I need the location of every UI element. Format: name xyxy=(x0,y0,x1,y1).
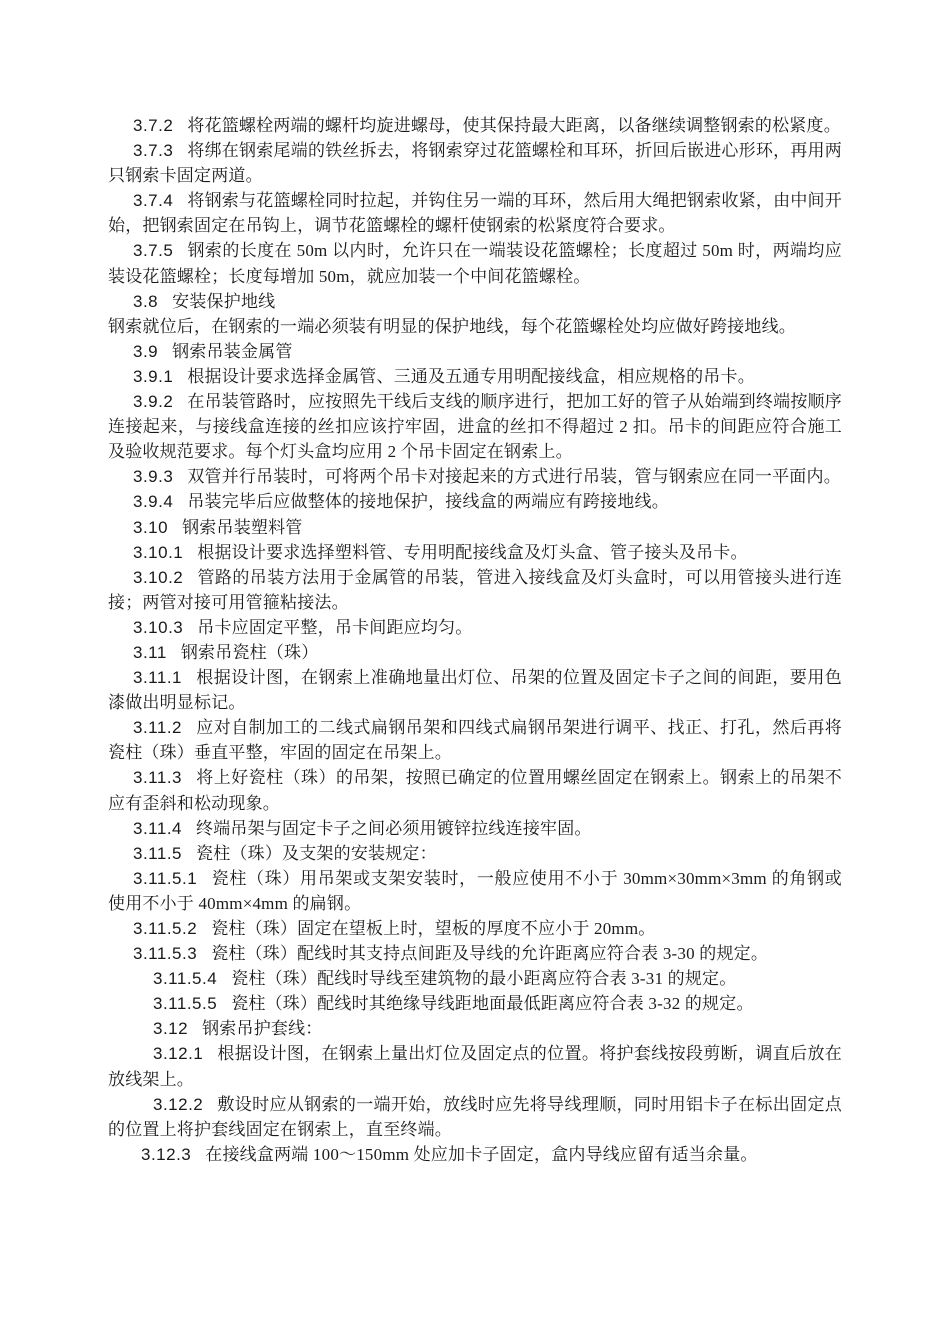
clause-number: 3.10.3 xyxy=(133,618,183,637)
clause-number: 3.12.3 xyxy=(141,1145,191,1164)
clause-text: 钢索吊装塑料管 xyxy=(182,518,302,537)
para-3-12-1: 3.12.1根据设计图，在钢索上量出灯位及固定点的位置。将护套线按段剪断，调直后… xyxy=(108,1041,842,1091)
clause-text: 将绑在钢索尾端的铁丝拆去，将钢索穿过花篮螺栓和耳环，折回后嵌进心形环，再用两只钢… xyxy=(108,141,842,185)
clause-number: 3.7.2 xyxy=(133,116,173,135)
para-3-11-5-2: 3.11.5.2瓷柱（珠）固定在望板上时，望板的厚度不应小于 20mm。 xyxy=(108,916,842,941)
clause-text: 钢索吊装金属管 xyxy=(172,342,292,361)
clause-number: 3.8 xyxy=(133,292,158,311)
para-3-11-5-5: 3.11.5.5瓷柱（珠）配线时其绝缘导线距地面最低距离应符合表 3-32 的规… xyxy=(108,991,842,1016)
clause-number: 3.9 xyxy=(133,342,158,361)
para-3-7-4: 3.7.4将钢索与花篮螺栓同时拉起，并钩住另一端的耳环，然后用大绳把钢索收紧，由… xyxy=(108,188,842,238)
clause-number: 3.9.4 xyxy=(133,492,173,511)
clause-text: 在吊装管路时，应按照先干线后支线的顺序进行，把加工好的管子从始端到终端按顺序连接… xyxy=(108,392,842,461)
clause-text: 根据设计要求选择塑料管、专用明配接线盒及灯头盒、管子接头及吊卡。 xyxy=(197,543,747,562)
clause-text: 根据设计图，在钢索上量出灯位及固定点的位置。将护套线按段剪断，调直后放在放线架上… xyxy=(108,1044,842,1088)
clause-text: 根据设计图，在钢索上准确地量出灯位、吊架的位置及固定卡子之间的间距，要用色漆做出… xyxy=(108,668,842,712)
clause-number: 3.10.1 xyxy=(133,543,183,562)
clause-text: 钢索吊瓷柱（珠） xyxy=(181,643,319,662)
document-page: 3.7.2将花篮螺栓两端的螺杆均旋进螺母，使其保持最大距离，以备继续调整钢索的松… xyxy=(0,0,950,1344)
clause-number: 3.11 xyxy=(133,643,167,662)
para-3-7-5: 3.7.5钢索的长度在 50m 以内时，允许只在一端装设花篮螺栓；长度超过 50… xyxy=(108,238,842,288)
clause-text: 安装保护地线 xyxy=(172,292,275,311)
clause-text: 钢索吊护套线： xyxy=(202,1019,322,1038)
clause-text: 应对自制加工的二线式扁钢吊架和四线式扁钢吊架进行调平、找正、打孔，然后再将瓷柱（… xyxy=(108,718,842,762)
clause-text: 敷设时应从钢索的一端开始，放线时应先将导线理顺，同时用铝卡子在标出固定点的位置上… xyxy=(108,1095,842,1139)
clause-number: 3.11.3 xyxy=(133,768,182,787)
clause-number: 3.12.2 xyxy=(153,1095,203,1114)
clause-number: 3.10.2 xyxy=(133,568,183,587)
clause-text: 瓷柱（珠）配线时其绝缘导线距地面最低距离应符合表 3-32 的规定。 xyxy=(231,994,753,1013)
clause-number: 3.11.5 xyxy=(133,844,182,863)
para-3-9-1: 3.9.1根据设计要求选择金属管、三通及五通专用明配接线盒，相应规格的吊卡。 xyxy=(108,364,842,389)
para-3-11-3: 3.11.3将上好瓷柱（珠）的吊架，按照已确定的位置用螺丝固定在钢索上。钢索上的… xyxy=(108,765,842,815)
clause-number: 3.11.2 xyxy=(133,718,182,737)
clause-number: 3.7.5 xyxy=(133,241,173,260)
para-3-9-2: 3.9.2在吊装管路时，应按照先干线后支线的顺序进行，把加工好的管子从始端到终端… xyxy=(108,389,842,464)
para-3-10-2: 3.10.2管路的吊装方法用于金属管的吊装，管进入接线盒及灯头盒时，可以用管接头… xyxy=(108,565,842,615)
clause-text: 瓷柱（珠）固定在望板上时，望板的厚度不应小于 20mm。 xyxy=(211,919,655,938)
clause-number: 3.10 xyxy=(133,518,168,537)
clause-text: 根据设计要求选择金属管、三通及五通专用明配接线盒，相应规格的吊卡。 xyxy=(187,367,755,386)
para-3-11: 3.11钢索吊瓷柱（珠） xyxy=(108,640,842,665)
clause-number: 3.7.3 xyxy=(133,141,173,160)
para-3-11-4: 3.11.4终端吊架与固定卡子之间必须用镀锌拉线连接牢固。 xyxy=(108,816,842,841)
clause-text: 终端吊架与固定卡子之间必须用镀锌拉线连接牢固。 xyxy=(196,819,592,838)
clause-text: 将花篮螺栓两端的螺杆均旋进螺母，使其保持最大距离，以备继续调整钢索的松紧度。 xyxy=(187,116,841,135)
para-3-10-3: 3.10.3吊卡应固定平整，吊卡间距应均匀。 xyxy=(108,615,842,640)
para-3-9-3: 3.9.3双管并行吊装时，可将两个吊卡对接起来的方式进行吊装，管与钢索应在同一平… xyxy=(108,464,842,489)
clause-text: 将上好瓷柱（珠）的吊架，按照已确定的位置用螺丝固定在钢索上。钢索上的吊架不应有歪… xyxy=(108,768,842,812)
para-3-12-2: 3.12.2敷设时应从钢索的一端开始，放线时应先将导线理顺，同时用铝卡子在标出固… xyxy=(108,1092,842,1142)
clause-text: 钢索的长度在 50m 以内时，允许只在一端装设花篮螺栓；长度超过 50m 时，两… xyxy=(108,241,842,285)
clause-number: 3.11.5.5 xyxy=(153,994,217,1013)
clause-text: 将钢索与花篮螺栓同时拉起，并钩住另一端的耳环，然后用大绳把钢索收紧，由中间开始，… xyxy=(108,191,842,235)
clause-number: 3.9.3 xyxy=(133,467,173,486)
clause-number: 3.11.5.3 xyxy=(133,944,197,963)
document-text-block: 3.7.2将花篮螺栓两端的螺杆均旋进螺母，使其保持最大距离，以备继续调整钢索的松… xyxy=(108,113,842,1167)
para-3-11-5: 3.11.5瓷柱（珠）及支架的安装规定： xyxy=(108,841,842,866)
clause-number: 3.11.5.2 xyxy=(133,919,197,938)
para-3-12-3: 3.12.3在接线盒两端 100～150mm 处应加卡子固定，盒内导线应留有适当… xyxy=(108,1142,842,1167)
clause-text: 吊卡应固定平整，吊卡间距应均匀。 xyxy=(197,618,472,637)
para-3-11-5-4: 3.11.5.4瓷柱（珠）配线时导线至建筑物的最小距离应符合表 3-31 的规定… xyxy=(108,966,842,991)
clause-number: 3.11.5.4 xyxy=(153,969,217,988)
clause-number: 3.7.4 xyxy=(133,191,173,210)
para-3-10: 3.10钢索吊装塑料管 xyxy=(108,515,842,540)
clause-text: 瓷柱（珠）配线时其支持点间距及导线的允许距离应符合表 3-30 的规定。 xyxy=(211,944,768,963)
clause-number: 3.11.5.1 xyxy=(133,869,197,888)
para-3-9-4: 3.9.4吊装完毕后应做整体的接地保护，接线盒的两端应有跨接地线。 xyxy=(108,489,842,514)
clause-number: 3.9.1 xyxy=(133,367,173,386)
para-3-11-5-3: 3.11.5.3瓷柱（珠）配线时其支持点间距及导线的允许距离应符合表 3-30 … xyxy=(108,941,842,966)
para-3-11-2: 3.11.2应对自制加工的二线式扁钢吊架和四线式扁钢吊架进行调平、找正、打孔，然… xyxy=(108,715,842,765)
para-3-10-1: 3.10.1根据设计要求选择塑料管、专用明配接线盒及灯头盒、管子接头及吊卡。 xyxy=(108,540,842,565)
para-3-11-1: 3.11.1根据设计图，在钢索上准确地量出灯位、吊架的位置及固定卡子之间的间距，… xyxy=(108,665,842,715)
para-3-9: 3.9钢索吊装金属管 xyxy=(108,339,842,364)
clause-text: 瓷柱（珠）及支架的安装规定： xyxy=(196,844,437,863)
clause-text: 在接线盒两端 100～150mm 处应加卡子固定，盒内导线应留有适当余量。 xyxy=(205,1145,757,1164)
clause-text: 管路的吊装方法用于金属管的吊装，管进入接线盒及灯头盒时，可以用管接头进行连接；两… xyxy=(108,568,842,612)
clause-text: 吊装完毕后应做整体的接地保护，接线盒的两端应有跨接地线。 xyxy=(187,492,669,511)
para-3-7-2: 3.7.2将花篮螺栓两端的螺杆均旋进螺母，使其保持最大距离，以备继续调整钢索的松… xyxy=(108,113,842,138)
para-3-8: 3.8安装保护地线 xyxy=(108,289,842,314)
para-3-7-3: 3.7.3将绑在钢索尾端的铁丝拆去，将钢索穿过花篮螺栓和耳环，折回后嵌进心形环，… xyxy=(108,138,842,188)
clause-number: 3.11.4 xyxy=(133,819,182,838)
clause-number: 3.11.1 xyxy=(133,668,182,687)
clause-text: 钢索就位后，在钢索的一端必须装有明显的保护地线，每个花篮螺栓处均应做好跨接地线。 xyxy=(108,317,796,336)
clause-text: 瓷柱（珠）用吊架或支架安装时，一般应使用不小于 30mm×30mm×3mm 的角… xyxy=(108,869,842,913)
clause-text: 双管并行吊装时，可将两个吊卡对接起来的方式进行吊装，管与钢索应在同一平面内。 xyxy=(187,467,841,486)
clause-number: 3.9.2 xyxy=(133,392,173,411)
para-3-8-body: 钢索就位后，在钢索的一端必须装有明显的保护地线，每个花篮螺栓处均应做好跨接地线。 xyxy=(108,314,842,339)
clause-text: 瓷柱（珠）配线时导线至建筑物的最小距离应符合表 3-31 的规定。 xyxy=(231,969,736,988)
para-3-12: 3.12钢索吊护套线： xyxy=(108,1016,842,1041)
clause-number: 3.12.1 xyxy=(153,1044,203,1063)
para-3-11-5-1: 3.11.5.1瓷柱（珠）用吊架或支架安装时，一般应使用不小于 30mm×30m… xyxy=(108,866,842,916)
clause-number: 3.12 xyxy=(153,1019,188,1038)
